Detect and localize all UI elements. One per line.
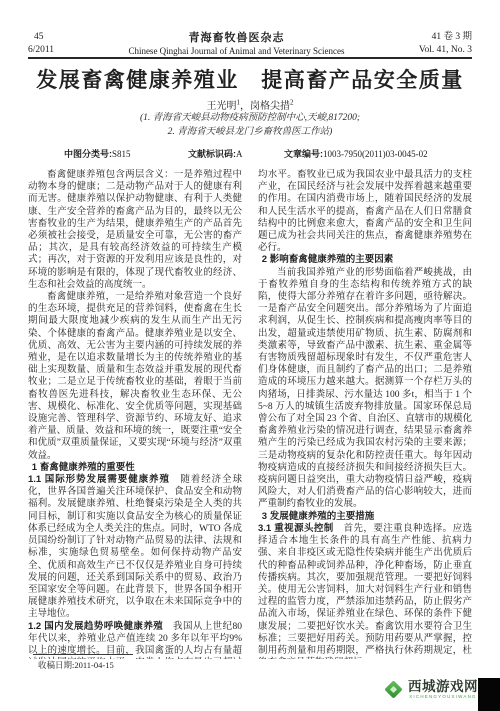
- clc-number: 中图分类号:S815: [64, 147, 131, 160]
- body-paragraph: 3.1 重视源头控制 首先，要注重良种选择。应选择适合本地生长条件的具有高生产性…: [258, 523, 472, 659]
- authors-line: 王光明1，岗格尖措2: [0, 97, 500, 112]
- section-heading: 2 影响畜禽健康养殖的主要因素: [258, 254, 472, 266]
- article-id: 文章编号:1003-7950(2011)03-0045-02: [284, 147, 428, 160]
- page-number: 45: [28, 31, 44, 44]
- journal-header: 45 6/2011 青海畜牧兽医杂志 Chinese Qinghai Journ…: [28, 22, 472, 59]
- watermark-text: 西城游戏网 XICHENGYOUXIWANG: [408, 680, 478, 700]
- journal-page: 45 6/2011 青海畜牧兽医杂志 Chinese Qinghai Journ…: [0, 0, 500, 711]
- subsection-lead: 1.1 国际形势发展需要健康养殖: [28, 474, 180, 485]
- author-name: 王光明1: [207, 101, 241, 112]
- watermark-diamond-logo-icon: [384, 680, 404, 700]
- journal-name-cn: 青海畜牧兽医杂志: [188, 31, 284, 45]
- right-column: 均水平。畜牧业已成为我国农业中最具活力的支柱产业，在国民经济与社会发展中发挥着越…: [258, 169, 472, 659]
- footnote-rule: [33, 654, 133, 655]
- article-id-value: 1003-7950(2011)03-0045-02: [323, 149, 428, 159]
- watermark-site-name: 西城游戏网: [408, 680, 478, 694]
- author-name: 岗格尖措2: [250, 101, 294, 112]
- body-paragraph: 均水平。畜牧业已成为我国农业中最具活力的支柱产业，在国民经济与社会发展中发挥着越…: [258, 169, 472, 254]
- journal-name-en: Chinese Qinghai Journal of Animal and Ve…: [128, 45, 344, 57]
- article-title: 发展畜禽健康养殖业 提高畜产品安全质量: [0, 64, 500, 94]
- article-id-label: 文章编号:: [284, 149, 323, 159]
- document-code-value: A: [236, 149, 243, 159]
- clc-value: S815: [112, 149, 131, 159]
- site-watermark: 西城游戏网 XICHENGYOUXIWANG: [384, 680, 478, 700]
- subsection-lead: 3.1 重视源头控制: [258, 523, 344, 534]
- document-code: 文献标识码:A: [188, 147, 243, 160]
- header-center: 青海畜牧兽医杂志 Chinese Qinghai Journal of Anim…: [128, 31, 344, 57]
- clc-label: 中图分类号:: [64, 149, 112, 159]
- volume-cn: 41 卷 3 期: [432, 31, 472, 44]
- body-paragraph: 畜禽健康养殖，一是给养殖对象营造一个良好的生态环境，提供充足的营养饲料，使畜禽在…: [28, 291, 242, 462]
- corner-black-block: [478, 678, 500, 711]
- volume-en: Vol. 41, No. 3: [419, 44, 472, 57]
- affiliation: (1. 青海省天峻县动物疫病预防控制中心,天峻,817200; 2. 青海省天峻…: [0, 112, 500, 139]
- section-heading: 1 畜禽健康养殖的重要性: [28, 462, 242, 474]
- affiliation-line-1: (1. 青海省天峻县动物疫病预防控制中心,天峻,817200;: [0, 112, 500, 126]
- header-left: 45 6/2011: [28, 31, 54, 57]
- section-heading: 3 发展健康养殖的主要措施: [258, 511, 472, 523]
- article-body: 畜禽健康养殖包含两层含义：一是养殖过程中动物本身的健康；二是动物产品对于人的健康…: [28, 169, 472, 659]
- footnote: 收稿日期:2011-04-15: [33, 654, 233, 671]
- body-paragraph: 1.1 国际形势发展需要健康养殖 随着经济全球化，世界各国普遍关注环境保护、食品…: [28, 474, 242, 620]
- body-paragraph: 当前我国养殖产业的形势面临着严峻挑战，由于畜牧养殖自身的生态结构和传统养殖方式的…: [258, 267, 472, 511]
- issue-date: 6/2011: [28, 44, 54, 57]
- watermark-tagline: XICHENGYOUXIWANG: [409, 694, 477, 700]
- document-code-label: 文献标识码:: [188, 149, 236, 159]
- subsection-lead: 1.2 国内发展趋势呼唤健康养殖: [28, 621, 173, 632]
- left-column: 畜禽健康养殖包含两层含义：一是养殖过程中动物本身的健康；二是动物产品对于人的健康…: [28, 169, 242, 659]
- header-right: 41 卷 3 期 Vol. 41, No. 3: [419, 31, 472, 57]
- affiliation-line-2: 2. 青海省天峻县龙门乡畜牧兽医工作站): [0, 126, 500, 140]
- received-date: 收稿日期:2011-04-15: [33, 659, 233, 671]
- body-paragraph: 畜禽健康养殖包含两层含义：一是养殖过程中动物本身的健康；二是动物产品对于人的健康…: [28, 169, 242, 291]
